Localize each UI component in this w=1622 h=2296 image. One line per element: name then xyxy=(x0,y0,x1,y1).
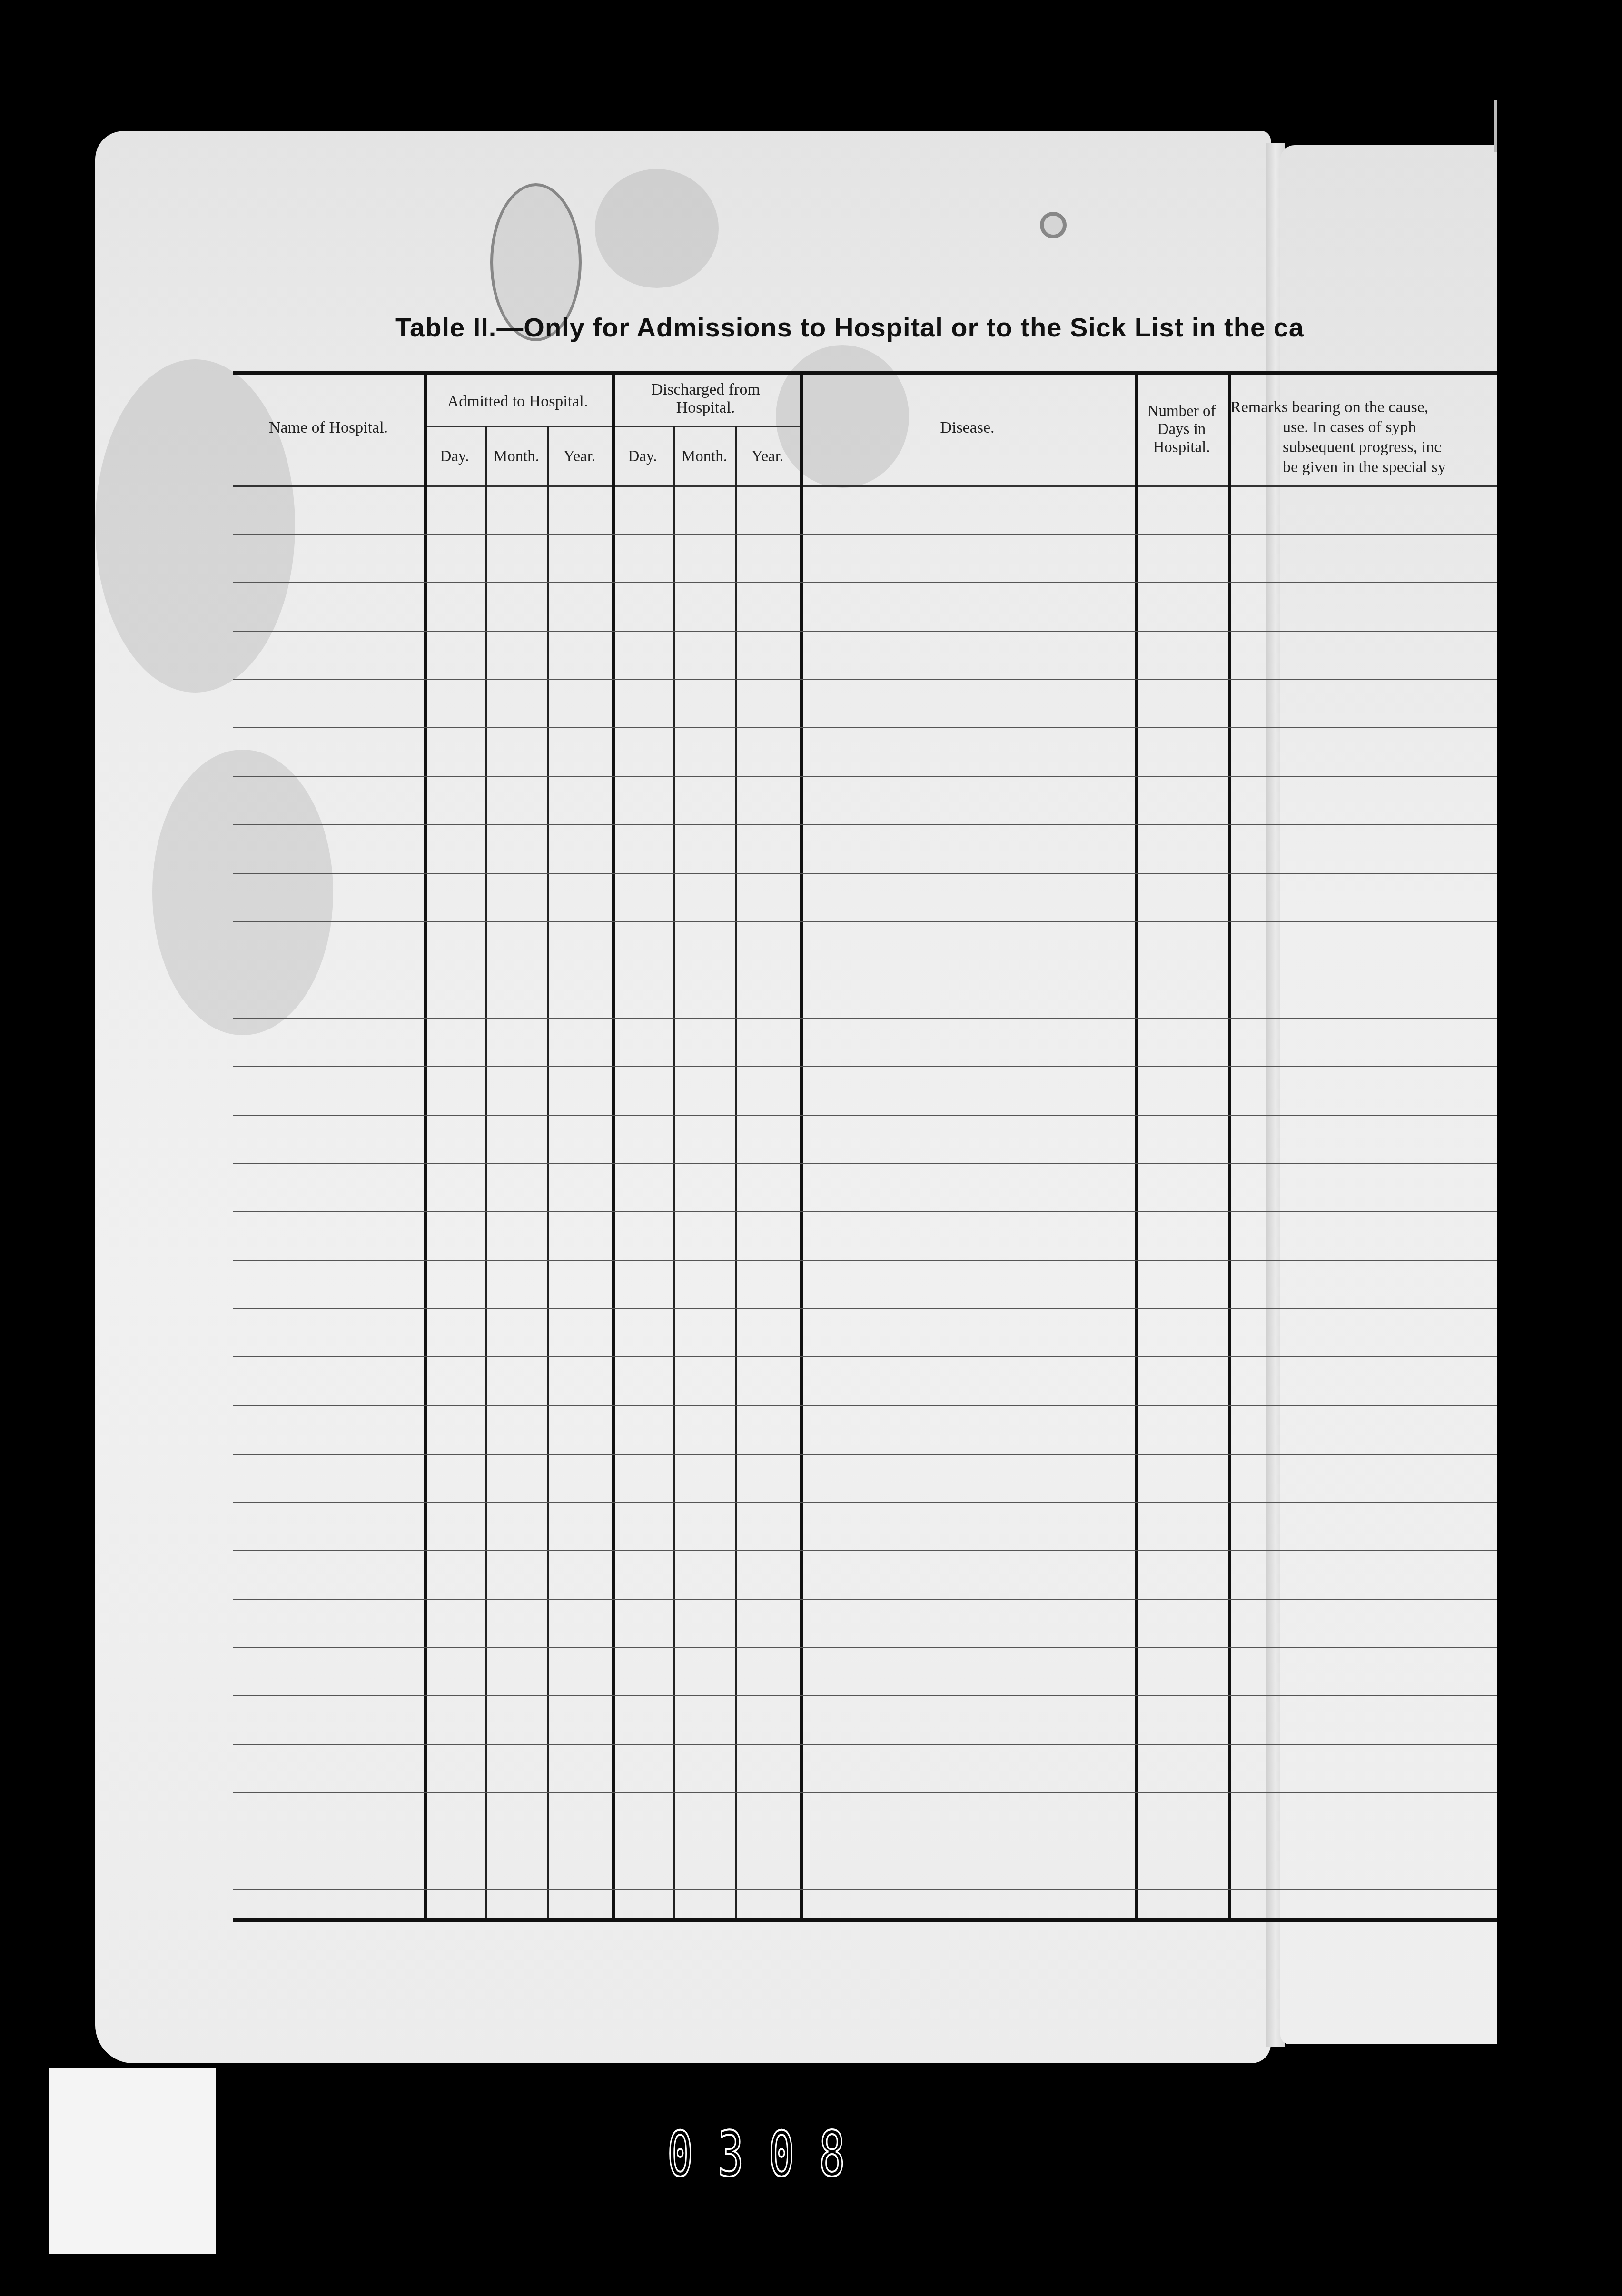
remarks-line: use. In cases of syph xyxy=(1230,417,1497,437)
header-admitted-year: Year. xyxy=(547,447,612,465)
header-disease: Disease. xyxy=(800,419,1135,437)
table-row-line xyxy=(233,727,1497,728)
header-admitted-to-hospital: Admitted to Hospital. xyxy=(424,393,612,411)
table-row-line xyxy=(233,1163,1497,1164)
header-admitted-month: Month. xyxy=(485,447,547,465)
header-bottom-border xyxy=(233,485,1497,487)
table-row-line xyxy=(233,1792,1497,1793)
header-days-line2: Days in xyxy=(1135,420,1228,438)
header-remarks: Remarks bearing on the cause, use. In ca… xyxy=(1230,397,1497,477)
calibration-card xyxy=(49,2068,216,2254)
group-header-divider xyxy=(424,426,612,427)
table-row-line xyxy=(233,679,1497,680)
table-row-line xyxy=(233,582,1497,583)
table-row-line xyxy=(233,1502,1497,1503)
header-discharged-line2: Hospital. xyxy=(612,399,800,417)
table-row-line xyxy=(233,970,1497,970)
table-row-line xyxy=(233,1066,1497,1067)
table-row-line xyxy=(233,1308,1497,1309)
table-row-line xyxy=(233,1018,1497,1019)
stamp-digit: 8 xyxy=(819,2118,845,2190)
header-days-line1: Number of xyxy=(1135,402,1228,420)
col-divider xyxy=(485,426,487,1920)
header-discharged-line1: Discharged from xyxy=(612,381,800,399)
col-divider xyxy=(673,426,675,1920)
table-row-line xyxy=(233,1454,1497,1455)
table-row-line xyxy=(233,1841,1497,1841)
group-header-divider xyxy=(612,426,800,427)
table-row-line xyxy=(233,1405,1497,1406)
page-edge xyxy=(1494,100,1497,152)
stamp-digit: 3 xyxy=(718,2118,744,2190)
table-row-line xyxy=(233,776,1497,777)
stamp-digit: 0 xyxy=(667,2118,693,2190)
table-row-line xyxy=(233,824,1497,825)
header-discharged-month: Month. xyxy=(673,447,735,465)
remarks-line: subsequent progress, inc xyxy=(1230,437,1497,457)
admissions-table: Name of Hospital. Admitted to Hospital. … xyxy=(233,371,1497,1920)
table-row-line xyxy=(233,1695,1497,1696)
ink-ring xyxy=(1040,212,1067,238)
col-divider xyxy=(1135,371,1138,1920)
table-top-border xyxy=(233,371,1497,375)
col-divider xyxy=(547,426,549,1920)
remarks-line: Remarks bearing on the cause, xyxy=(1230,397,1497,417)
table-row-line xyxy=(233,1260,1497,1261)
table-row-line xyxy=(233,1889,1497,1890)
table-row-line xyxy=(233,921,1497,922)
col-divider xyxy=(424,371,427,1920)
table-row-line xyxy=(233,873,1497,874)
table-row-line xyxy=(233,1356,1497,1357)
remarks-line: be given in the special sy xyxy=(1230,457,1497,477)
col-divider xyxy=(1228,371,1231,1920)
table-row-line xyxy=(233,1211,1497,1212)
table-row-line xyxy=(233,631,1497,632)
header-name-of-hospital: Name of Hospital. xyxy=(233,419,424,437)
header-days-line3: Hospital. xyxy=(1135,438,1228,456)
table-bottom-border xyxy=(233,1918,1497,1922)
table-row-line xyxy=(233,1599,1497,1600)
header-discharged-day: Day. xyxy=(612,447,673,465)
col-divider xyxy=(800,371,803,1920)
table-row-line xyxy=(233,1647,1497,1648)
header-admitted-day: Day. xyxy=(424,447,485,465)
col-divider xyxy=(612,371,615,1920)
table-row-line xyxy=(233,1115,1497,1116)
frame-number-stamp: 0 3 0 8 xyxy=(662,2118,851,2190)
table-row-line xyxy=(233,1744,1497,1745)
col-divider xyxy=(735,426,737,1920)
table-row-line xyxy=(233,534,1497,535)
table-title: Table II.—Only for Admissions to Hospita… xyxy=(395,312,1499,343)
stain-blotch xyxy=(595,169,719,288)
stamp-digit: 0 xyxy=(768,2118,794,2190)
table-row-line xyxy=(233,1550,1497,1551)
header-discharged-year: Year. xyxy=(735,447,800,465)
